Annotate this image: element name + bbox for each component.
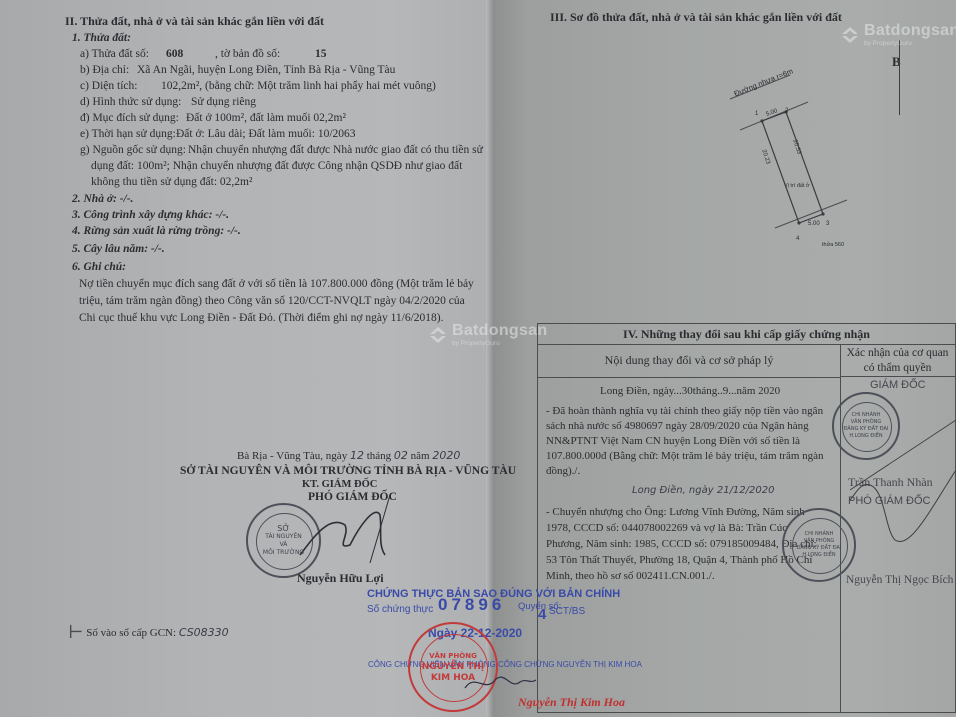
stamp-line: KIM HOA	[422, 673, 485, 684]
perennial-section: 5. Cây lâu năm: -/-.	[72, 242, 165, 256]
sign-month: 02	[394, 449, 408, 462]
notes-heading: 6. Ghi chú:	[72, 260, 126, 274]
address-label: b) Địa chỉ:	[80, 63, 129, 77]
parcel-no-label: a) Thửa đất số:	[80, 47, 149, 61]
sign-year: 2020	[432, 449, 460, 462]
usage-form-label: d) Hình thức sử dụng:	[80, 95, 181, 109]
batdongsan-logo-icon	[840, 25, 860, 45]
stamp-line: ĐĂNG KÝ ĐẤT ĐAI	[844, 426, 889, 433]
notary-signer: Nguyễn Thị Kim Hoa	[518, 695, 625, 709]
entry-1-line: 107.800.000đ (Bằng chữ: Một trăm lẻ bảy …	[546, 449, 824, 463]
sign-year-label: năm	[411, 450, 430, 462]
watermark-brand: Batdongsan	[452, 322, 547, 339]
point-2: 2	[785, 104, 788, 118]
stamp-line: VĂN PHÒNG	[797, 538, 842, 545]
stamp-line: H.LONG ĐIỀN	[844, 433, 889, 440]
entry-2-line: Phương, Năm sinh: 1985, CCCD số: 0791850…	[546, 537, 817, 551]
other-construction-section: 3. Công trình xây dựng khác: -/-.	[72, 208, 229, 222]
section-ii-title: II. Thửa đất, nhà ở và tài sản khác gắn …	[65, 14, 324, 28]
parcel-diagram	[690, 70, 890, 270]
gcn-entry: ⊢ Số vào sổ cấp GCN: CS08330	[68, 625, 229, 640]
notary-book: 4	[538, 608, 546, 622]
notes-line-3: Chi cục thuế khu vực Long Điền - Đất Đỏ.…	[79, 311, 444, 325]
entry-1-line: NN&PTNT Việt Nam CN huyện Long Điền với …	[546, 434, 800, 448]
purpose: Đất ở 100m², đất làm muối 02,2m²	[186, 111, 346, 125]
sign-place-prefix: Bà Rịa - Vũng Tàu, ngày	[237, 450, 347, 462]
signature-left	[290, 495, 410, 565]
watermark-center: Batdongsan by PropertyGuru	[428, 322, 547, 347]
col-header-confirm-line: có thẩm quyền	[840, 361, 955, 376]
notes-line-1: Nợ tiền chuyển mục đích sang đất ở với s…	[79, 277, 474, 291]
stamp-line: H.LONG ĐIỀN	[797, 552, 842, 559]
entry-1-line: đồng)./.	[546, 464, 580, 478]
address: Xã An Ngãi, huyện Long Điền, Tỉnh Bà Rịa…	[137, 63, 395, 77]
stamp-line: VÀ	[263, 541, 304, 549]
notary-book-suffix: SCT/BS	[549, 605, 585, 619]
changes-table-title: IV. Những thay đổi sau khi cấp giấy chứn…	[538, 324, 955, 345]
entry-2-line: 1978, CCCD số: 044078002269 và vợ là Bà:…	[546, 521, 787, 535]
origin-line-3: không thu tiền sử dụng đất: 02,2m²	[91, 175, 252, 189]
purpose-label: đ) Mục đích sử dụng:	[80, 111, 179, 125]
sign-place-date: Bà Rịa - Vũng Tàu, ngày 12 tháng 02 năm …	[237, 449, 460, 463]
authority-name: SỞ TÀI NGUYÊN VÀ MÔI TRƯỜNG TỈNH BÀ RỊA …	[180, 464, 516, 478]
forest-section: 4. Rừng sản xuất là rừng trồng: -/-.	[72, 224, 241, 238]
land-office-stamp-2: CHI NHÁNH VĂN PHÒNG ĐĂNG KÝ ĐẤT ĐAI H.LO…	[782, 508, 856, 582]
check-mark-icon: ⊢	[68, 622, 83, 642]
entry-2-line: 53 Tôn Thất Thuyết, Phường 18, Quận 4, T…	[546, 553, 812, 567]
entry-1-line: - Đã hoàn thành nghĩa vụ tài chính theo …	[546, 404, 823, 418]
watermark-sub: by PropertyGuru	[864, 40, 956, 47]
col-header-content: Nội dung thay đổi và cơ sở pháp lý	[538, 344, 841, 378]
watermark-brand: Batdongsan	[864, 22, 956, 39]
left-signer: Nguyễn Hữu Lợi	[297, 571, 384, 585]
col-header-confirm: Xác nhận của cơ quan có thẩm quyền	[840, 344, 955, 377]
notary-stamp: VĂN PHÒNG NGUYỄN THỊ KIM HOA	[408, 622, 498, 712]
notes-line-2: triệu, tám trăm ngàn đồng) theo Công văn…	[79, 294, 465, 308]
col-header-confirm-line: Xác nhận của cơ quan	[840, 346, 955, 361]
point-1: 1	[755, 107, 758, 121]
stamp-line: VĂN PHÒNG	[844, 419, 889, 426]
watermark-top-right: Batdongsan by PropertyGuru	[840, 22, 956, 47]
entry-1-line: sách nhà nước số 4980697 ngày 28/09/2020…	[546, 419, 809, 433]
stamp-line: VĂN PHÒNG	[422, 651, 485, 662]
entry-2-line: - Chuyển nhượng cho Ông: Lương Vĩnh Đườn…	[546, 505, 805, 519]
stamp-line: CHI NHÁNH	[797, 531, 842, 538]
origin-line-1: Nhận chuyển nhượng đất được Nhà nước gia…	[188, 143, 483, 157]
origin-label: g) Nguồn gốc sử dụng:	[80, 143, 186, 157]
notary-number-label: Số chứng thực	[367, 603, 433, 617]
sign-day: 12	[350, 449, 364, 462]
term: Đất ở: Lâu dài; Đất làm muối: 10/2063	[176, 127, 356, 141]
map-sheet-label: , tờ bản đồ số:	[215, 47, 280, 61]
watermark-sub: by PropertyGuru	[452, 340, 547, 347]
area-label: c) Diện tích:	[80, 79, 137, 93]
back-width: 5.00	[808, 217, 820, 231]
position-label: Vị trí đất ở	[784, 179, 810, 193]
section-iii-title: III. Sơ đồ thửa đất, nhà ở và tài sản kh…	[550, 10, 842, 24]
stamp-line: SỞ	[263, 525, 304, 533]
parcel-heading: 1. Thửa đất:	[72, 31, 131, 45]
area: 102,2m², (bằng chữ: Một trăm linh hai ph…	[161, 79, 436, 93]
point-4: 4	[796, 232, 799, 246]
entry-2-line: Minh, theo hồ sơ số 002411.CN.001./.	[546, 569, 715, 583]
entry-2-date: Long Điền, ngày 21/12/2020	[632, 484, 774, 498]
neighbor-parcel: thửa 560	[822, 238, 844, 252]
house-section: 2. Nhà ở: -/-.	[72, 192, 133, 206]
sign-month-label: tháng	[367, 450, 391, 462]
north-arrow-icon	[899, 40, 900, 115]
batdongsan-logo-icon	[428, 325, 448, 345]
origin-line-2: dụng đất: 100m²; Nhận chuyển nhượng đất …	[91, 159, 462, 173]
stamp-line: ĐĂNG KÝ ĐẤT ĐAI	[797, 545, 842, 552]
gcn-number: CS08330	[179, 626, 229, 639]
gcn-label: Số vào sổ cấp GCN:	[86, 627, 176, 639]
stamp-line: TÀI NGUYÊN	[263, 533, 304, 541]
parcel-no: 608	[166, 47, 183, 61]
term-label: e) Thời hạn sử dụng:	[80, 127, 176, 141]
notary-number: 07896	[438, 598, 505, 612]
map-sheet: 15	[315, 47, 327, 61]
stamp-line: MÔI TRƯỜNG	[263, 549, 304, 557]
usage-form: Sử dụng riêng	[191, 95, 256, 109]
entry-1-confirm-role-top: GIÁM ĐỐC	[870, 378, 926, 392]
point-3: 3	[826, 217, 829, 231]
stamp-line: CHI NHÁNH	[844, 412, 889, 419]
entry-1-date: Long Điền, ngày...30tháng..9...năm 2020	[600, 384, 780, 398]
entry-2-confirm-signer: Nguyễn Thị Ngọc Bích	[846, 573, 953, 587]
stamp-line: NGUYỄN THỊ	[422, 662, 485, 673]
